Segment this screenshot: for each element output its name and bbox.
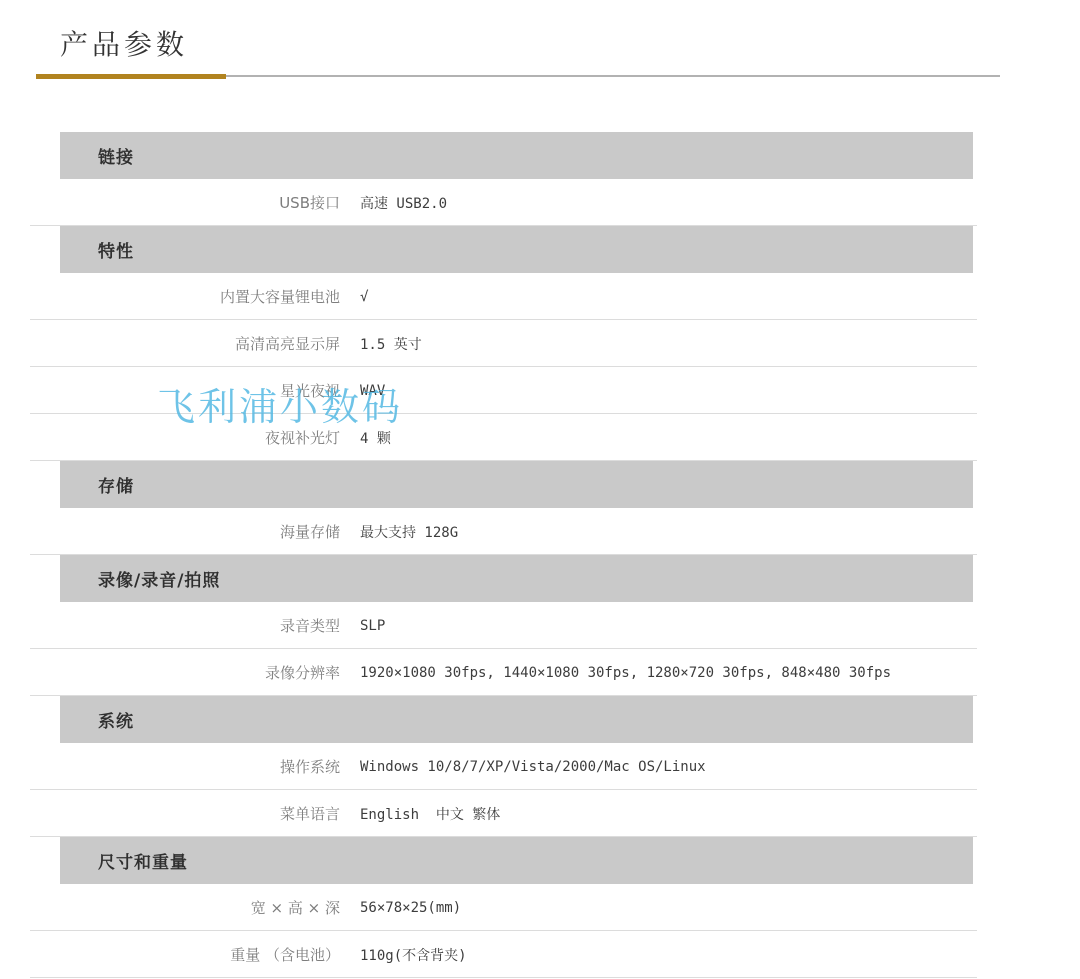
spec-label: 操作系统 (60, 756, 340, 777)
section-header: 尺寸和重量 (60, 837, 973, 884)
spec-label: 菜单语言 (60, 803, 340, 824)
title-underline-gray (226, 75, 1000, 77)
spec-row: 海量存储最大支持 128G (60, 508, 973, 555)
spec-label: 录音类型 (60, 615, 340, 636)
spec-value: WAV (360, 383, 385, 399)
spec-value: 1.5 英寸 (360, 334, 422, 354)
page-title: 产品参数 (60, 28, 188, 62)
section-header: 系统 (60, 696, 973, 743)
section-title: 链接 (98, 143, 134, 168)
section-header: 存储 (60, 461, 973, 508)
spec-value: Windows 10/8/7/XP/Vista/2000/Mac OS/Linu… (360, 759, 706, 775)
spec-label: 录像分辨率 (60, 662, 340, 683)
section-title: 录像/录音/拍照 (98, 566, 220, 591)
spec-label: 星光夜视 (60, 380, 340, 401)
spec-row: 操作系统Windows 10/8/7/XP/Vista/2000/Mac OS/… (60, 743, 973, 790)
spec-label: 宽 × 高 × 深 (60, 897, 340, 918)
spec-label: 海量存储 (60, 521, 340, 542)
spec-value: 4 颗 (360, 428, 391, 448)
section-title: 存储 (98, 472, 134, 497)
product-spec-page: 产品参数 链接USB接口高速 USB2.0特性内置大容量锂电池√高清高亮显示屏1… (0, 0, 1080, 979)
section-title: 尺寸和重量 (98, 848, 188, 873)
spec-value: 56×78×25(mm) (360, 900, 461, 916)
spec-value: English 中文 繁体 (360, 804, 500, 824)
spec-row: 重量 （含电池）110g(不含背夹) (60, 931, 973, 978)
spec-row: 菜单语言English 中文 繁体 (60, 790, 973, 837)
spec-label: 夜视补光灯 (60, 427, 340, 448)
section-header: 链接 (60, 132, 973, 179)
spec-row: 宽 × 高 × 深56×78×25(mm) (60, 884, 973, 931)
spec-value: √ (360, 289, 368, 305)
section-title: 系统 (98, 707, 134, 732)
spec-table: 链接USB接口高速 USB2.0特性内置大容量锂电池√高清高亮显示屏1.5 英寸… (60, 132, 973, 978)
spec-value: 最大支持 128G (360, 522, 458, 542)
section-title: 特性 (98, 237, 134, 262)
spec-label: 重量 （含电池） (60, 944, 340, 965)
spec-row: 夜视补光灯4 颗 (60, 414, 973, 461)
spec-row: 高清高亮显示屏1.5 英寸 (60, 320, 973, 367)
spec-row: 录音类型SLP (60, 602, 973, 649)
section-header: 特性 (60, 226, 973, 273)
spec-label: 内置大容量锂电池 (60, 286, 340, 307)
spec-value: 110g(不含背夹) (360, 945, 467, 965)
spec-row: USB接口高速 USB2.0 (60, 179, 973, 226)
spec-row: 星光夜视WAV (60, 367, 973, 414)
spec-row: 内置大容量锂电池√ (60, 273, 973, 320)
spec-label: 高清高亮显示屏 (60, 333, 340, 354)
spec-value: SLP (360, 618, 385, 634)
spec-value: 1920×1080 30fps, 1440×1080 30fps, 1280×7… (360, 665, 891, 681)
section-header: 录像/录音/拍照 (60, 555, 973, 602)
spec-row: 录像分辨率1920×1080 30fps, 1440×1080 30fps, 1… (60, 649, 973, 696)
spec-value: 高速 USB2.0 (360, 193, 447, 213)
spec-label: USB接口 (60, 192, 340, 213)
title-underline-gold (36, 74, 226, 79)
